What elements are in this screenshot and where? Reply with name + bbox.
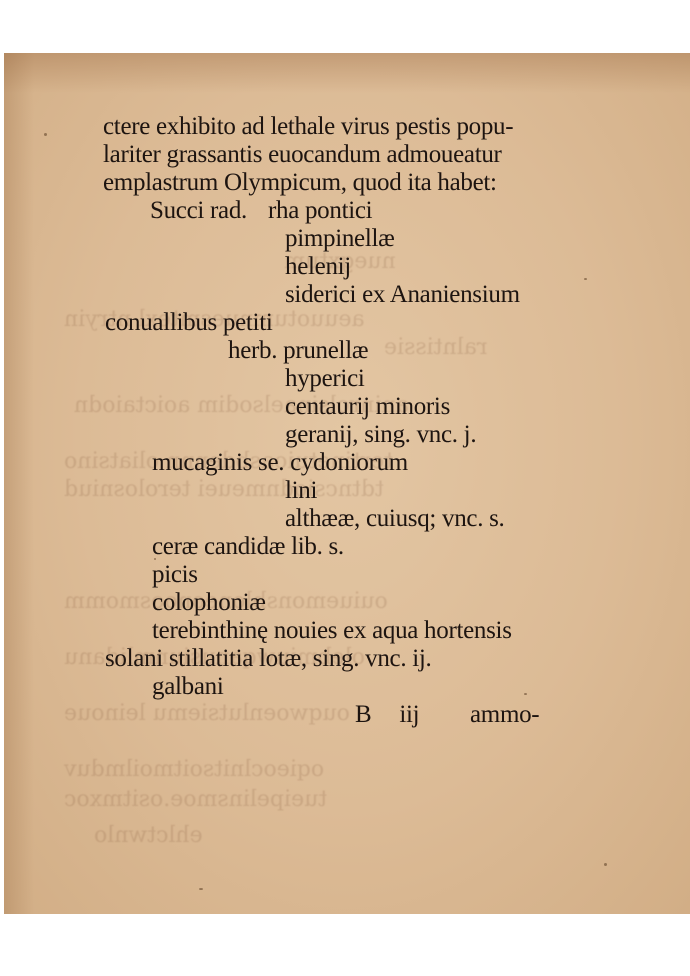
ingredient-herb-prunellae: herb. prunellæ [228,337,368,365]
text-solani: solani stillatitia lotæ, sing. vnc. ij. [105,645,431,673]
ingredient-picis: picis [152,561,198,589]
text-line-2: lariter grassantis euocandum admoueatur [103,141,502,169]
recipe-label-succi-rad: Succi rad. [150,197,247,225]
catchword: ammo- [470,701,539,729]
paper-speck [584,278,587,280]
text-conuallibus: conuallibus petiti [105,309,273,337]
ingredient-lini: lini [285,477,317,505]
ingredient-pimpinellae: pimpinellæ [285,225,395,253]
bleed-through-text: ehlctwnlo [94,823,203,848]
paper-speck [44,133,47,136]
bleed-through-text: ralntissie [384,335,487,360]
bleed-through-text: tueipelinsmoe.ositmxoc [64,787,327,812]
ingredient-siderici: siderici ex Ananiensium [285,281,520,309]
ingredient-colophoniae: colophoniæ [152,589,266,617]
text-line-1: ctere exhibito ad lethale virus pestis p… [103,113,513,141]
ingredient-cerae: ceræ candidæ lib. s. [152,533,344,561]
ingredient-geranij: geranij, sing. vnc. j. [285,421,476,449]
page-signature: B iij [355,701,419,729]
bleed-through-text: ouqwoenlutsiemu leinoue [64,701,350,726]
paper-speck [604,863,607,866]
ingredient-hyperici: hyperici [285,365,365,393]
book-page: nuegxtum aeuuotumnuesmtexl ntryin ralnti… [4,53,690,914]
ingredient-althaeae: althææ, cuiusq; vnc. s. [285,505,504,533]
ingredient-helenij: helenij [285,253,351,281]
ingredient-galbani: galbani [152,673,223,701]
ingredient-rha-pontici: rha pontici [268,197,372,225]
bleed-through-text: oqieoclnitsoitmoilmduv [64,757,324,782]
ingredient-terebinthinae: terebinthinę nouies ex aqua hortensis [152,617,512,645]
ingredient-mucaginis: mucaginis se. cydoniorum [152,449,408,477]
ingredient-centaurij: centaurij minoris [285,393,450,421]
paper-speck [199,888,203,890]
paper-speck [524,693,527,695]
bleed-through-text: tdtncsiodnmeuei terolosniud [64,477,384,502]
text-line-3: emplastrum Olympicum, quod ita habet: [103,169,497,197]
